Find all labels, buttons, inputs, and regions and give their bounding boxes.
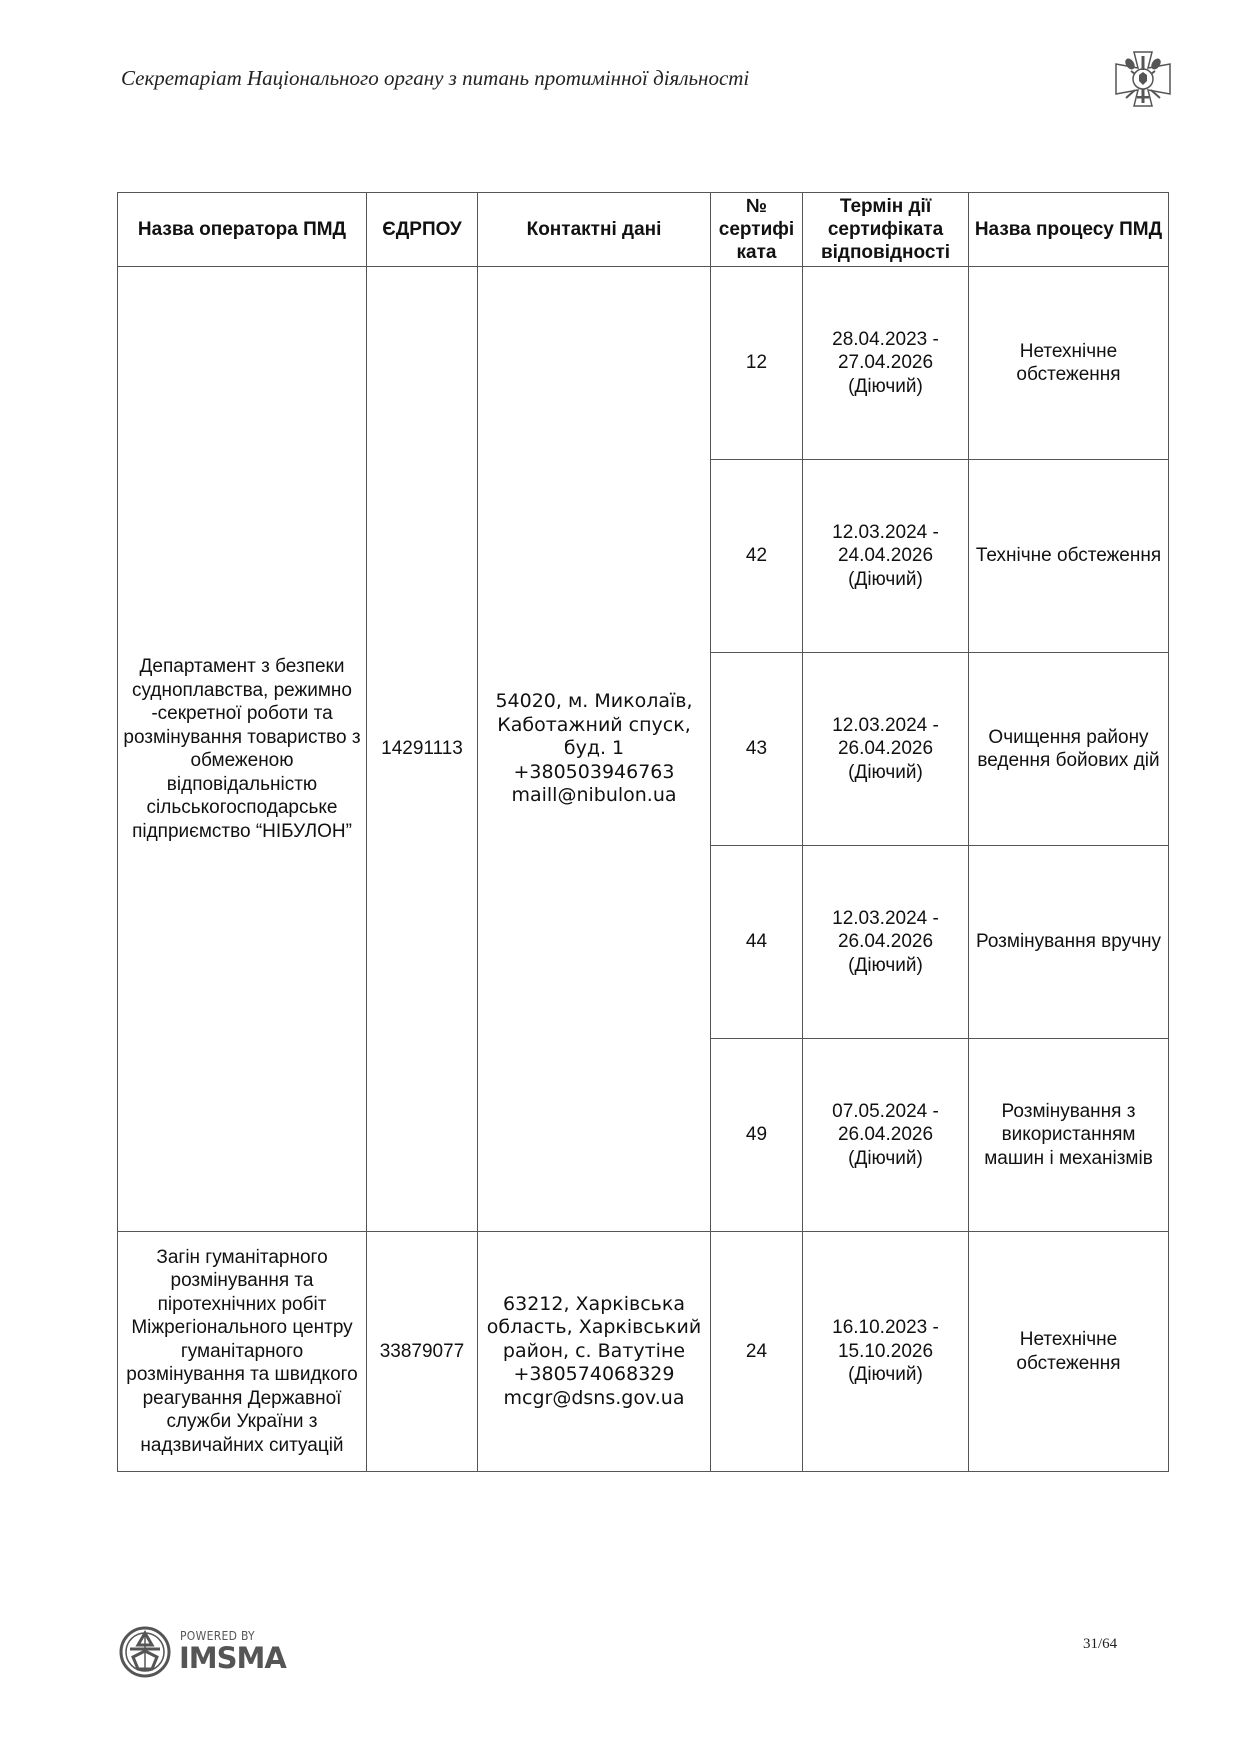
table-row: Загін гуманітарного розмінування та піро… — [118, 1232, 1169, 1472]
certificate-number-cell: 24 — [711, 1232, 803, 1472]
certificate-number-cell: 44 — [711, 846, 803, 1039]
process-name-cell: Технічне обстеження — [969, 460, 1169, 653]
certificate-validity-cell: 07.05.2024 - 26.04.2026 (Діючий) — [803, 1039, 969, 1232]
column-header-contacts: Контактні дані — [478, 193, 711, 267]
validity-from: 07.05.2024 - — [805, 1100, 966, 1124]
process-name-cell: Розмінування з використанням машин і мех… — [969, 1039, 1169, 1232]
edrpou-cell: 33879077 — [367, 1232, 478, 1472]
operator-name-cell: Загін гуманітарного розмінування та піро… — [118, 1232, 367, 1472]
certificate-number-cell: 12 — [711, 267, 803, 460]
table-header-row: Назва оператора ПМД ЄДРПОУ Контактні дан… — [118, 193, 1169, 267]
process-name-cell: Нетехнічне обстеження — [969, 1232, 1169, 1472]
edrpou-cell: 14291113 — [367, 267, 478, 1232]
validity-status: (Діючий) — [805, 1363, 966, 1387]
imsma-logo: POWERED BY IMSMA — [118, 1625, 268, 1680]
process-name-cell: Очищення району ведення бойових дій — [969, 653, 1169, 846]
logo-imsma: IMSMA — [179, 1641, 286, 1675]
validity-to: 15.10.2026 — [805, 1340, 966, 1364]
certificate-number-cell: 49 — [711, 1039, 803, 1232]
mine-action-cross-emblem-icon — [1108, 44, 1178, 114]
certificate-validity-cell: 12.03.2024 - 26.04.2026 (Діючий) — [803, 846, 969, 1039]
column-header-certificate-number: № сертифі ката — [711, 193, 803, 267]
validity-status: (Діючий) — [805, 1147, 966, 1171]
operators-table: Назва оператора ПМД ЄДРПОУ Контактні дан… — [117, 192, 1169, 1472]
globe-icon — [118, 1625, 172, 1679]
certificate-validity-cell: 12.03.2024 - 24.04.2026 (Діючий) — [803, 460, 969, 653]
validity-to: 26.04.2026 — [805, 1123, 966, 1147]
column-header-edrpou: ЄДРПОУ — [367, 193, 478, 267]
contact-address: 54020, м. Миколаїв, — [480, 690, 708, 714]
contact-phone: +380574068329 — [480, 1363, 708, 1387]
contact-email: maill@nibulon.ua — [480, 784, 708, 808]
validity-to: 26.04.2026 — [805, 737, 966, 761]
document-header-title: Секретаріат Національного органу з питан… — [121, 66, 749, 91]
validity-status: (Діючий) — [805, 761, 966, 785]
operator-name-cell: Департамент з безпеки судноплавства, реж… — [118, 267, 367, 1232]
certificate-validity-cell: 12.03.2024 - 26.04.2026 (Діючий) — [803, 653, 969, 846]
contact-address: Каботажний спуск, буд. 1 — [480, 714, 708, 761]
column-header-certificate-validity: Термін дії сертифіката відповідності — [803, 193, 969, 267]
validity-to: 24.04.2026 — [805, 544, 966, 568]
contact-phone: +380503946763 — [480, 761, 708, 785]
certificate-number-cell: 43 — [711, 653, 803, 846]
validity-from: 16.10.2023 - — [805, 1316, 966, 1340]
contact-cell: 63212, Харківська область, Харківський р… — [478, 1232, 711, 1472]
table-row: Департамент з безпеки судноплавства, реж… — [118, 267, 1169, 460]
column-header-operator-name: Назва оператора ПМД — [118, 193, 367, 267]
validity-from: 12.03.2024 - — [805, 907, 966, 931]
contact-cell: 54020, м. Миколаїв, Каботажний спуск, бу… — [478, 267, 711, 1232]
process-name-cell: Розмінування вручну — [969, 846, 1169, 1039]
certificate-validity-cell: 28.04.2023 - 27.04.2026 (Діючий) — [803, 267, 969, 460]
certificate-validity-cell: 16.10.2023 - 15.10.2026 (Діючий) — [803, 1232, 969, 1472]
certificate-number-cell: 42 — [711, 460, 803, 653]
validity-to: 27.04.2026 — [805, 351, 966, 375]
validity-status: (Діючий) — [805, 568, 966, 592]
contact-email: mcgr@dsns.gov.ua — [480, 1387, 708, 1411]
contact-address: 63212, Харківська область, Харківський р… — [480, 1293, 708, 1364]
page-number: 31/64 — [1083, 1636, 1117, 1653]
process-name-cell: Нетехнічне обстеження — [969, 267, 1169, 460]
column-header-process-name: Назва процесу ПМД — [969, 193, 1169, 267]
validity-status: (Діючий) — [805, 375, 966, 399]
validity-from: 28.04.2023 - — [805, 328, 966, 352]
validity-to: 26.04.2026 — [805, 930, 966, 954]
validity-status: (Діючий) — [805, 954, 966, 978]
validity-from: 12.03.2024 - — [805, 714, 966, 738]
validity-from: 12.03.2024 - — [805, 521, 966, 545]
